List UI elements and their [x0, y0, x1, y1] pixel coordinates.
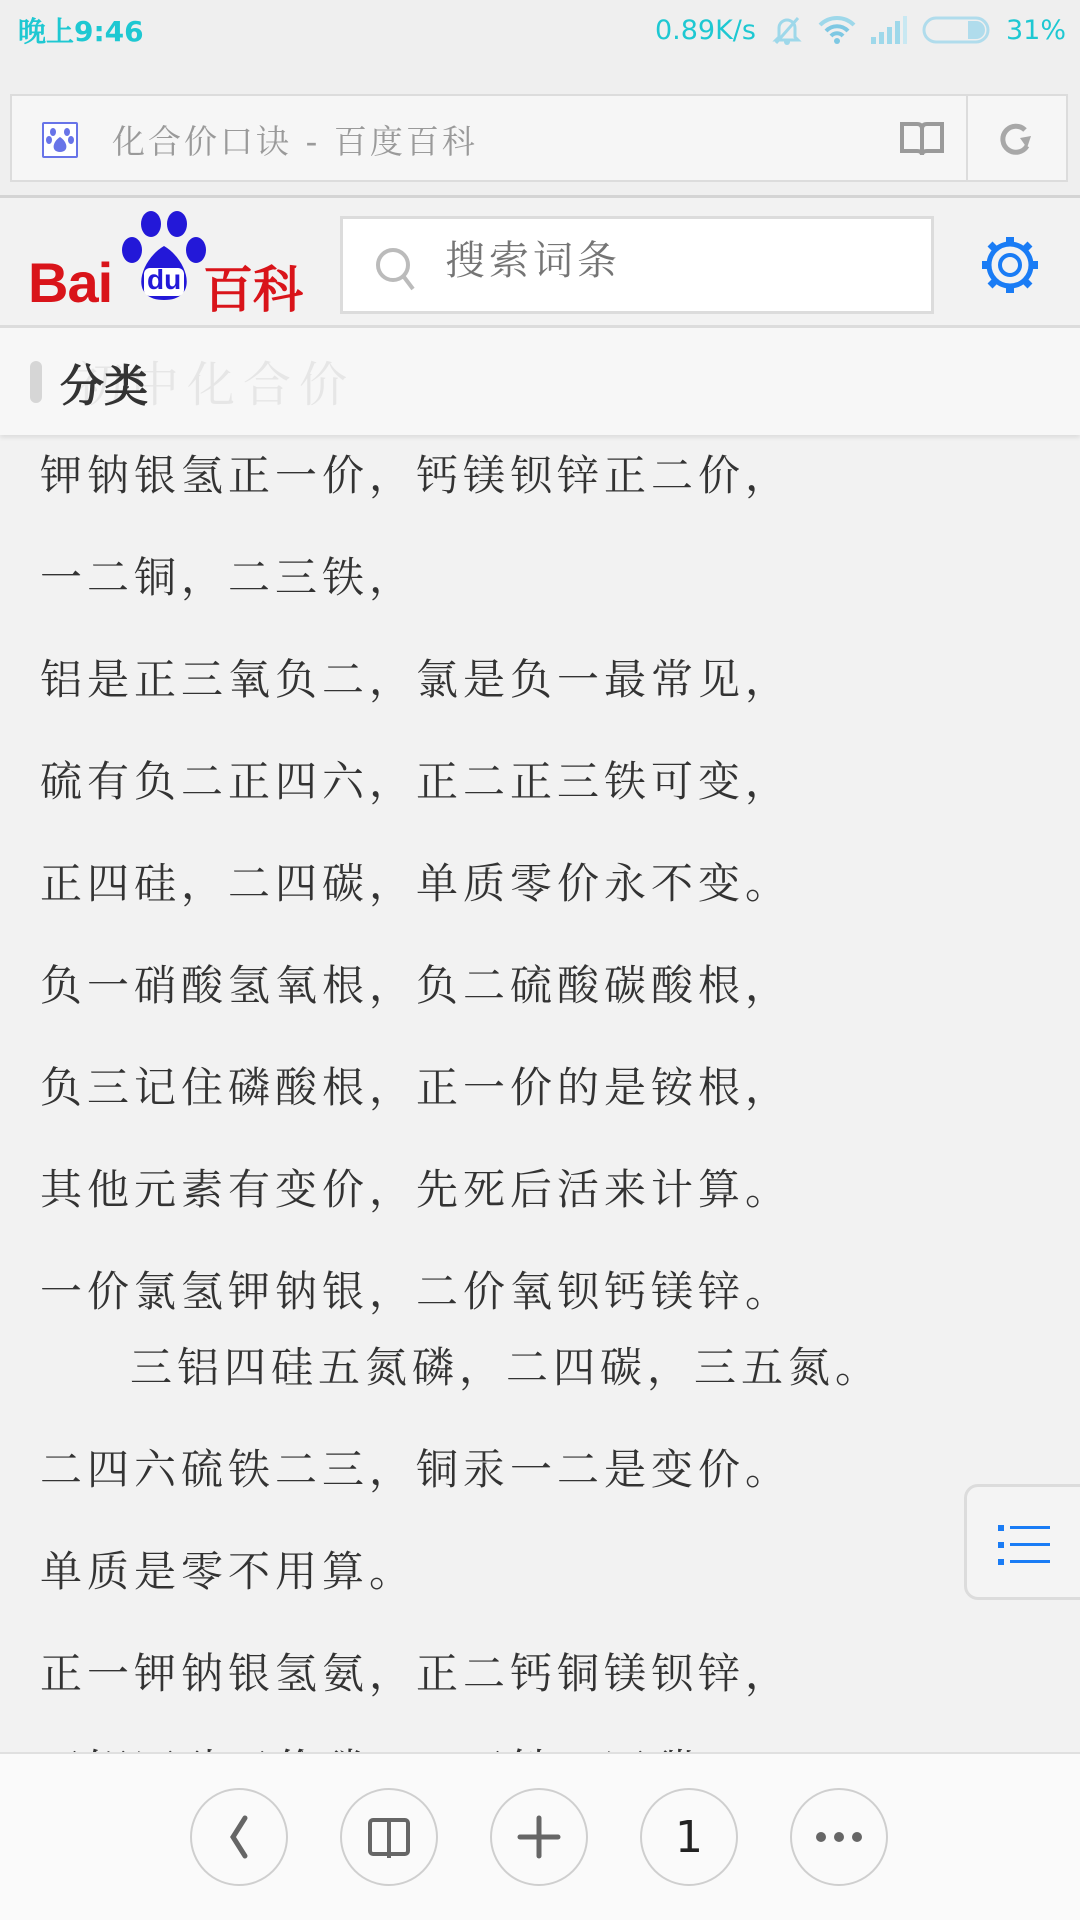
text-line: 二四六硫铁二三，铜汞一二是变价。 — [40, 1437, 792, 1497]
search-icon — [373, 245, 419, 297]
book-open-icon[interactable] — [892, 118, 952, 162]
baidu-paw-icon — [42, 122, 78, 158]
tab-count: 1 — [675, 1812, 703, 1863]
search-box[interactable] — [340, 216, 934, 314]
gear-icon[interactable] — [980, 235, 1040, 295]
browser-toolbar: 1 — [0, 1752, 1080, 1920]
browser-address-area: 化合价口诀 - 百度百科 — [0, 60, 1080, 195]
more-dots-icon — [814, 1830, 864, 1844]
bell-muted-icon — [770, 13, 804, 47]
new-tab-button[interactable] — [490, 1788, 588, 1886]
text-line: 三铝四硅五氮磷，二四碳，三五氮。 — [130, 1335, 882, 1395]
status-icons: 0.89K/s 31% — [655, 10, 1066, 50]
text-line: 正四硅，二四碳，单质零价永不变。 — [40, 851, 792, 911]
logo-text-bai: Bai — [28, 250, 112, 315]
text-line: 单质是零不用算。 — [40, 1539, 416, 1599]
baidu-paw-icon: du — [120, 210, 208, 310]
text-line: 钾钠银氢正一价，钙镁钡锌正二价， — [40, 443, 792, 503]
text-line: 铝是正三氧负二，氯是负一最常见， — [40, 647, 792, 707]
baidu-baike-logo[interactable]: Bai du 百科 — [28, 210, 308, 310]
list-icon — [998, 1523, 1054, 1567]
table-of-contents-button[interactable] — [964, 1484, 1080, 1600]
tabs-button[interactable]: 1 — [640, 1788, 738, 1886]
reload-icon[interactable] — [987, 116, 1047, 164]
plus-icon — [516, 1814, 562, 1860]
logo-text-du: du — [147, 264, 181, 296]
text-line: 负一硝酸氢氧根，负二硫酸碳酸根， — [40, 953, 792, 1013]
status-bar: 晚上9:46 0.89K/s 31% — [0, 0, 1080, 60]
page-title: 化合价口诀 - 百度百科 — [112, 116, 478, 163]
battery-percent: 31% — [1006, 15, 1066, 46]
signal-icon — [870, 15, 908, 45]
text-line: 负三记住磷酸根，正一价的是铵根， — [40, 1055, 792, 1115]
divider — [966, 96, 968, 180]
text-line: 正一钾钠银氢氨，正二钙铜镁钡锌， — [40, 1641, 792, 1701]
category-bar[interactable]: 初中化合价 分类 — [0, 328, 1080, 435]
article-content: 钾钠银氢正一价，钙镁钡锌正二价， 一二铜，二三铁， 铝是正三氧负二，氯是负一最常… — [0, 435, 1080, 1755]
wifi-icon — [818, 15, 856, 45]
search-input[interactable] — [443, 237, 907, 285]
text-line: 其他元素有变价，先死后活来计算。 — [40, 1157, 792, 1217]
category-label[interactable]: 分类 — [60, 350, 148, 414]
book-icon — [364, 1814, 414, 1860]
site-header: Bai du 百科 — [0, 195, 1080, 328]
battery-icon — [922, 15, 992, 45]
text-line: 硫有负二正四六，正二正三铁可变， — [40, 749, 792, 809]
text-line: 一价氯氢钾钠银，二价氧钡钙镁锌。 — [40, 1259, 792, 1319]
bookmarks-button[interactable] — [340, 1788, 438, 1886]
back-button[interactable] — [190, 1788, 288, 1886]
text-line: 一二铜，二三铁， — [40, 545, 416, 605]
logo-text-baike: 百科 — [203, 250, 303, 322]
clock: 晚上9:46 — [18, 10, 144, 50]
chevron-left-icon — [219, 1812, 259, 1862]
drag-handle — [30, 361, 42, 403]
network-speed: 0.89K/s — [655, 15, 756, 46]
address-bar[interactable]: 化合价口诀 - 百度百科 — [10, 94, 1068, 182]
more-button[interactable] — [790, 1788, 888, 1886]
